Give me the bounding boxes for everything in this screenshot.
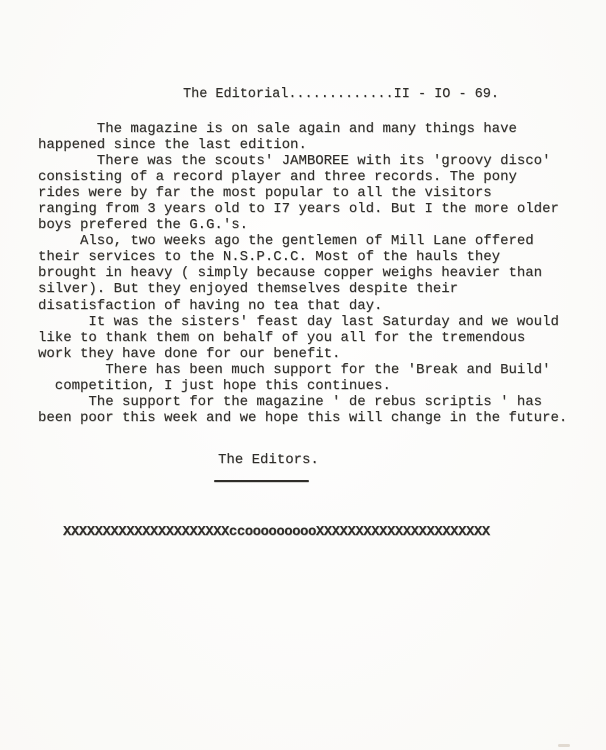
body-line: disatisfaction of having no tea that day… bbox=[38, 298, 567, 314]
body-line: It was the sisters' feast day last Satur… bbox=[38, 314, 567, 330]
body-line: consisting of a record player and three … bbox=[38, 169, 567, 185]
body-line: rides were by far the most popular to al… bbox=[38, 185, 567, 201]
body-line: work they have done for our benefit. bbox=[38, 346, 567, 362]
body-line: silver). But they enjoyed themselves des… bbox=[38, 281, 567, 297]
body-line: their services to the N.S.P.C.C. Most of… bbox=[38, 249, 567, 265]
body-line: The magazine is on sale again and many t… bbox=[38, 121, 567, 137]
body-line: ranging from 3 years old to I7 years old… bbox=[38, 201, 567, 217]
editorial-title: The Editorial.............II - IO - 69. bbox=[183, 87, 499, 103]
body-line: competition, I just hope this continues. bbox=[38, 378, 567, 394]
body-line: Also, two weeks ago the gentlemen of Mil… bbox=[38, 233, 567, 249]
body-line: been poor this week and we hope this wil… bbox=[38, 410, 567, 426]
body-line: There was the scouts' JAMBOREE with its … bbox=[38, 153, 567, 169]
signature-underline bbox=[214, 480, 309, 482]
body-line: brought in heavy ( simply because copper… bbox=[38, 265, 567, 281]
signature: The Editors. bbox=[218, 452, 319, 468]
body-line: There has been much support for the 'Bre… bbox=[38, 362, 567, 378]
document-page: The Editorial.............II - IO - 69. … bbox=[0, 0, 606, 750]
scan-artifact bbox=[558, 744, 570, 747]
body-line: like to thank them on behalf of you all … bbox=[38, 330, 567, 346]
editorial-body: The magazine is on sale again and many t… bbox=[38, 121, 567, 426]
body-line: The support for the magazine ' de rebus … bbox=[38, 394, 567, 410]
body-line: happened since the last edition. bbox=[38, 137, 567, 153]
body-line: boys prefered the G.G.'s. bbox=[38, 217, 567, 233]
typed-divider: XXXXXXXXXXXXXXXXXXXXXccoooooooooXXXXXXXX… bbox=[63, 524, 490, 540]
